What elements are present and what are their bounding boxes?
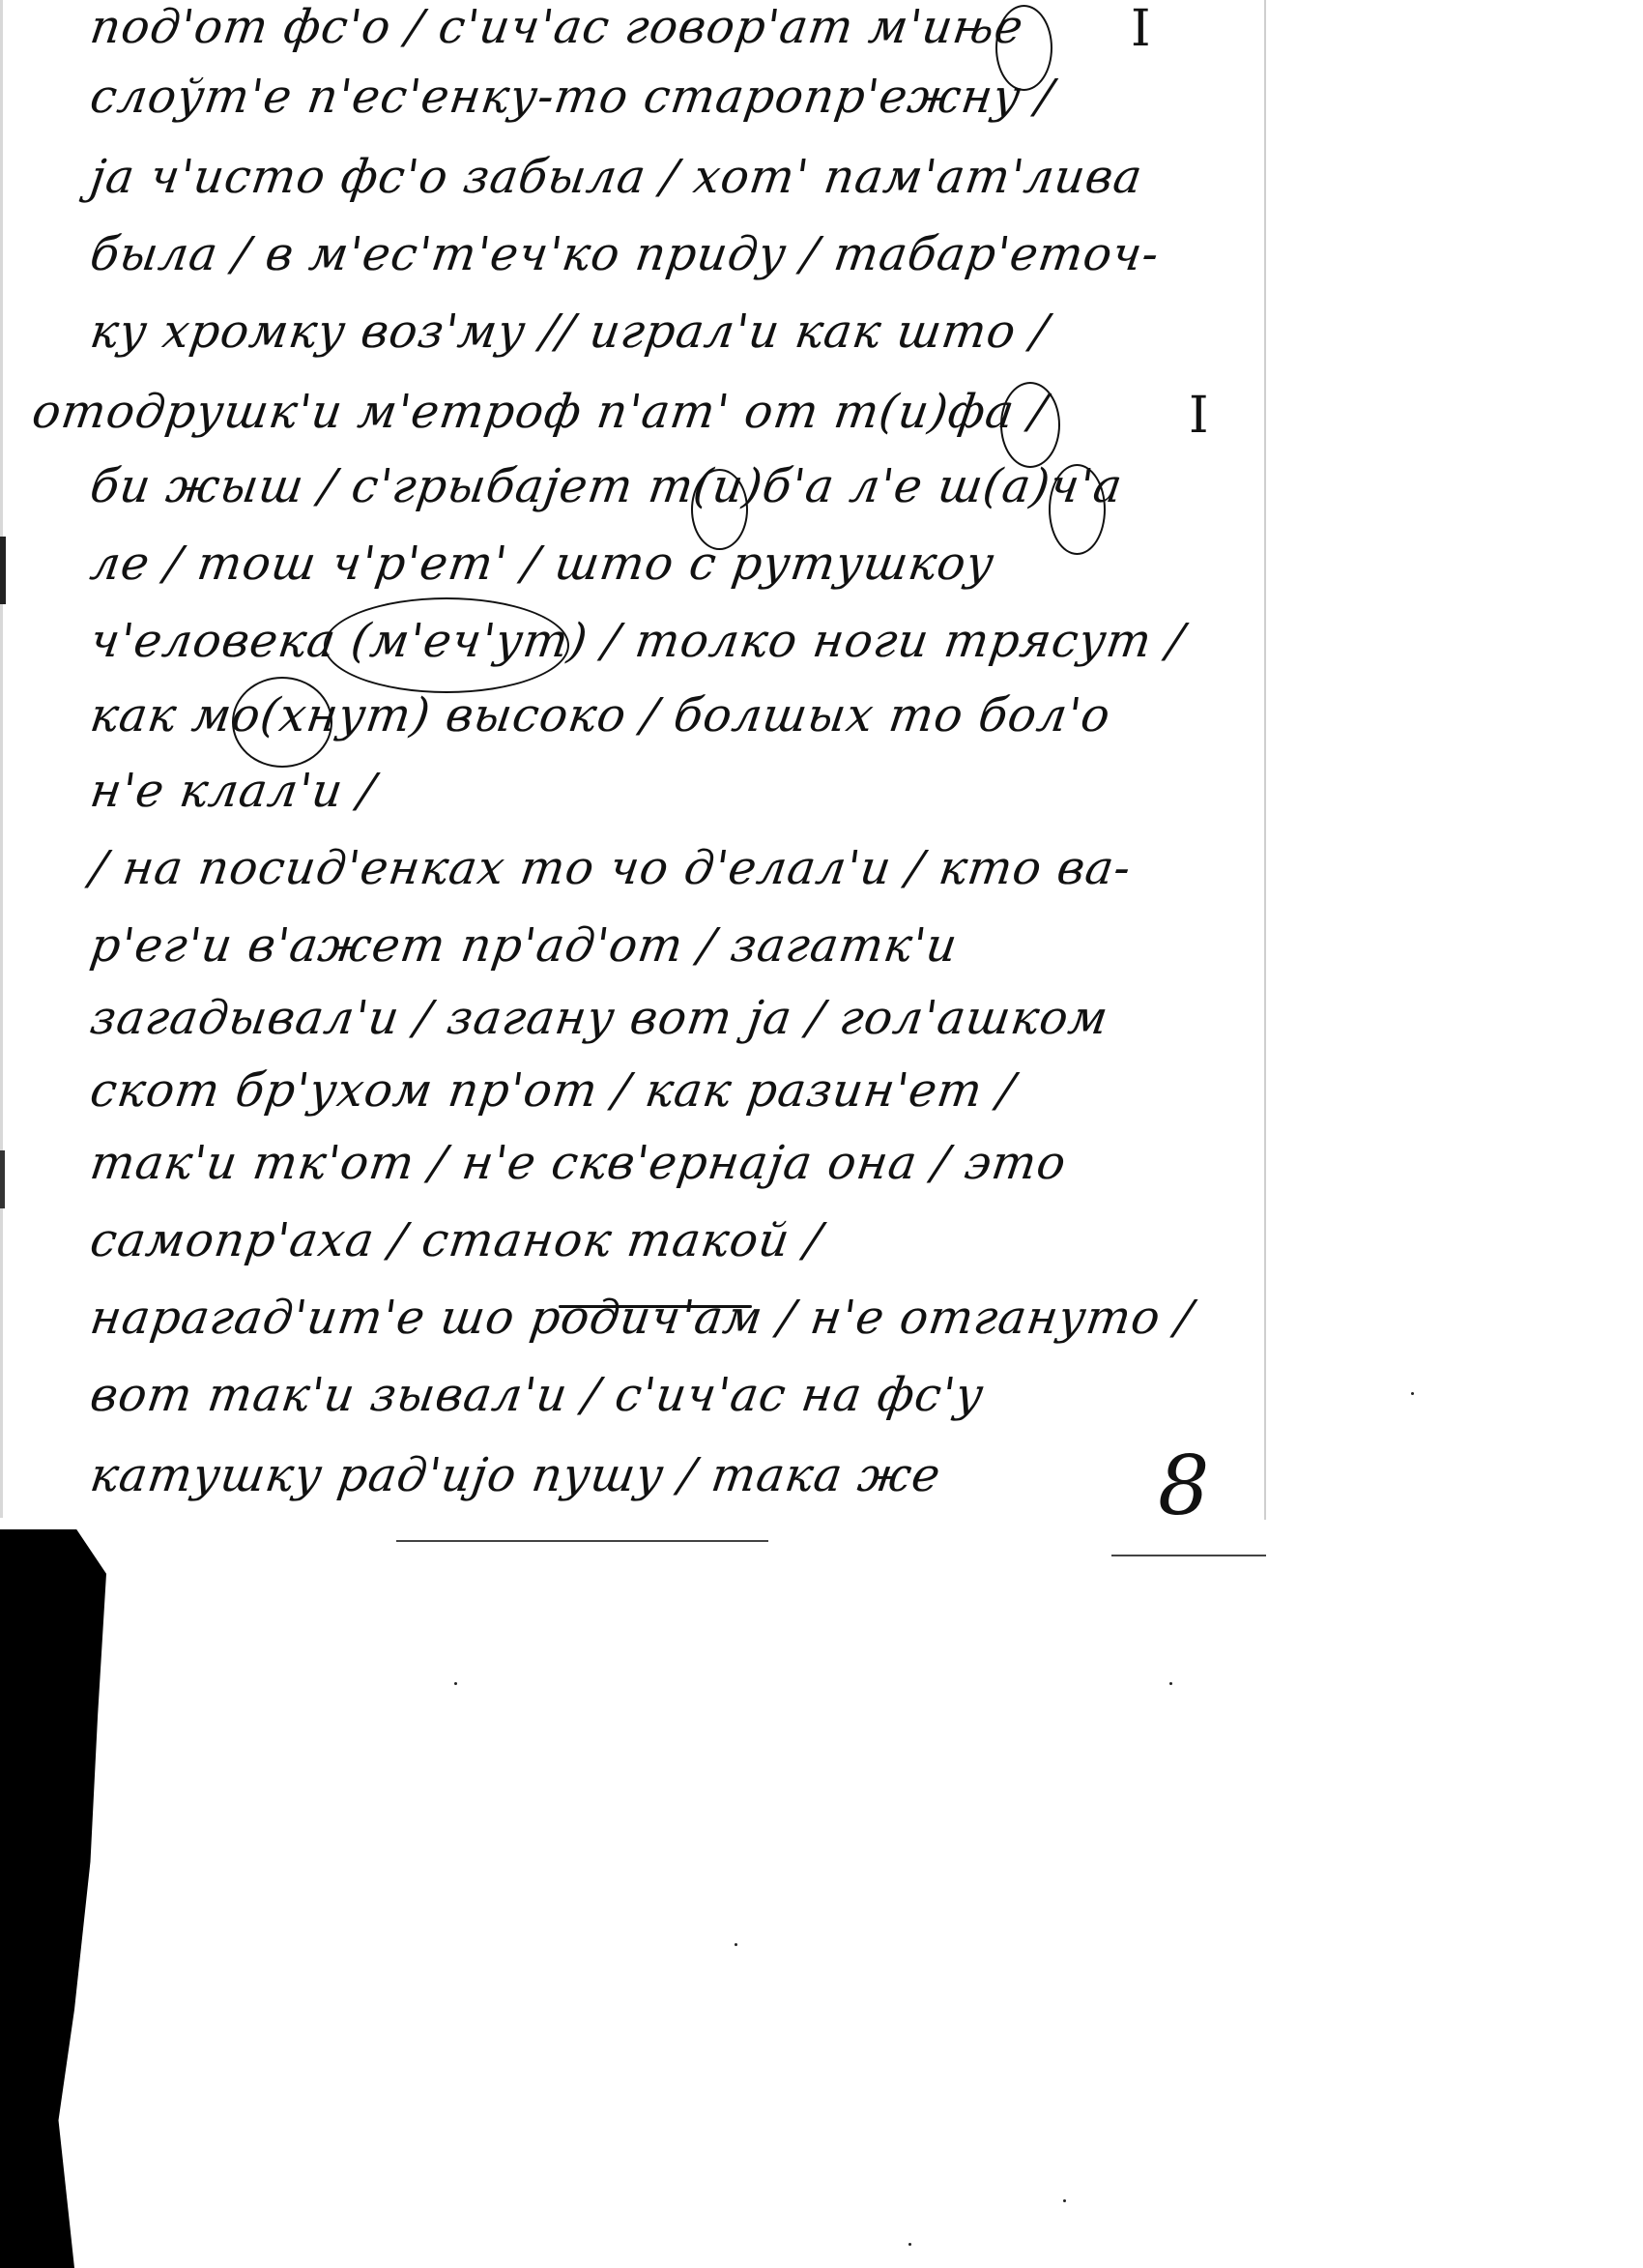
- text-line-15: скот бр'ухом пр'от / как разин'ет /: [87, 1063, 1019, 1118]
- text-line-7: би жыш / с'грыбајет т(и)б'а л'е ш(а)ч'а: [87, 459, 1126, 513]
- text-line-3: ја ч'исто фс'о забыла / хот' пам'ат'лива: [87, 150, 1146, 204]
- text-line-18: нарагад'ит'е шо родич'ам / н'е отгануто …: [87, 1291, 1196, 1345]
- binding-mark: [0, 537, 6, 604]
- sheet-right-edge: [1264, 0, 1266, 1520]
- circle-annotation: [1049, 464, 1106, 555]
- bottom-rule: [1111, 1555, 1266, 1556]
- text-line-12: / на посид'енках то чо д'елал'и / кто ва…: [87, 841, 1135, 895]
- scan-speck: [735, 1943, 737, 1946]
- text-line-2: слоўт'е п'ес'енку-то старопр'ежну /: [87, 70, 1057, 124]
- circle-annotation: [995, 5, 1052, 91]
- circle-annotation: [232, 677, 332, 768]
- margin-roman-mark: I: [1131, 0, 1151, 58]
- text-line-8: ле / тош ч'р'ет' / што с рутушкоу: [87, 537, 998, 591]
- binding-mark: [0, 1150, 5, 1208]
- circle-annotation: [1000, 382, 1060, 468]
- margin-roman-mark: I: [1189, 387, 1209, 445]
- sheet-left-edge: [0, 0, 3, 1518]
- scan-speck: [1411, 1392, 1414, 1395]
- text-line-14: загадывал'и / загану вот ја / гол'ашком: [87, 991, 1112, 1045]
- page-number: 8: [1158, 1439, 1209, 1533]
- scan-shadow: [0, 1529, 106, 2268]
- text-line-1: под'от фс'о / с'ич'ас говор'ат м'иње: [87, 0, 1027, 54]
- text-line-11: н'е клал'и /: [87, 764, 379, 818]
- underline-annotation: [559, 1305, 752, 1308]
- scan-speck: [1063, 2199, 1066, 2202]
- scan-speck: [454, 1682, 457, 1685]
- scanned-page: под'от фс'о / с'ич'ас говор'ат м'иње сло…: [0, 0, 1643, 2268]
- text-line-20: катушку рад'ијо пушу / така же: [87, 1448, 944, 1502]
- circle-annotation: [691, 469, 748, 550]
- text-line-5: ку хромку воз'му // играл'и как што /: [87, 305, 1052, 359]
- scan-speck: [908, 2243, 911, 2246]
- text-line-16: так'и тк'от / н'е скв'ернаја она / это: [87, 1136, 1070, 1190]
- circle-annotation: [324, 597, 569, 693]
- text-line-4: была / в м'ес'т'еч'ко приду / табар'еточ…: [87, 227, 1163, 281]
- text-line-13: р'ег'и в'ажет пр'ад'от / загатк'и: [87, 918, 961, 973]
- text-line-19: вот так'и зывал'и / с'ич'ас на фс'у: [87, 1368, 988, 1422]
- text-line-9: ч'еловека (м'еч'ут) / толко ноги трясут …: [87, 614, 1188, 668]
- scan-speck: [1169, 1682, 1172, 1685]
- text-line-17: самопр'аха / станок такой /: [87, 1213, 825, 1267]
- text-line-6: отодрушк'и м'етроф п'ат' от т(и)фа /: [29, 385, 1051, 439]
- bottom-rule: [396, 1540, 768, 1542]
